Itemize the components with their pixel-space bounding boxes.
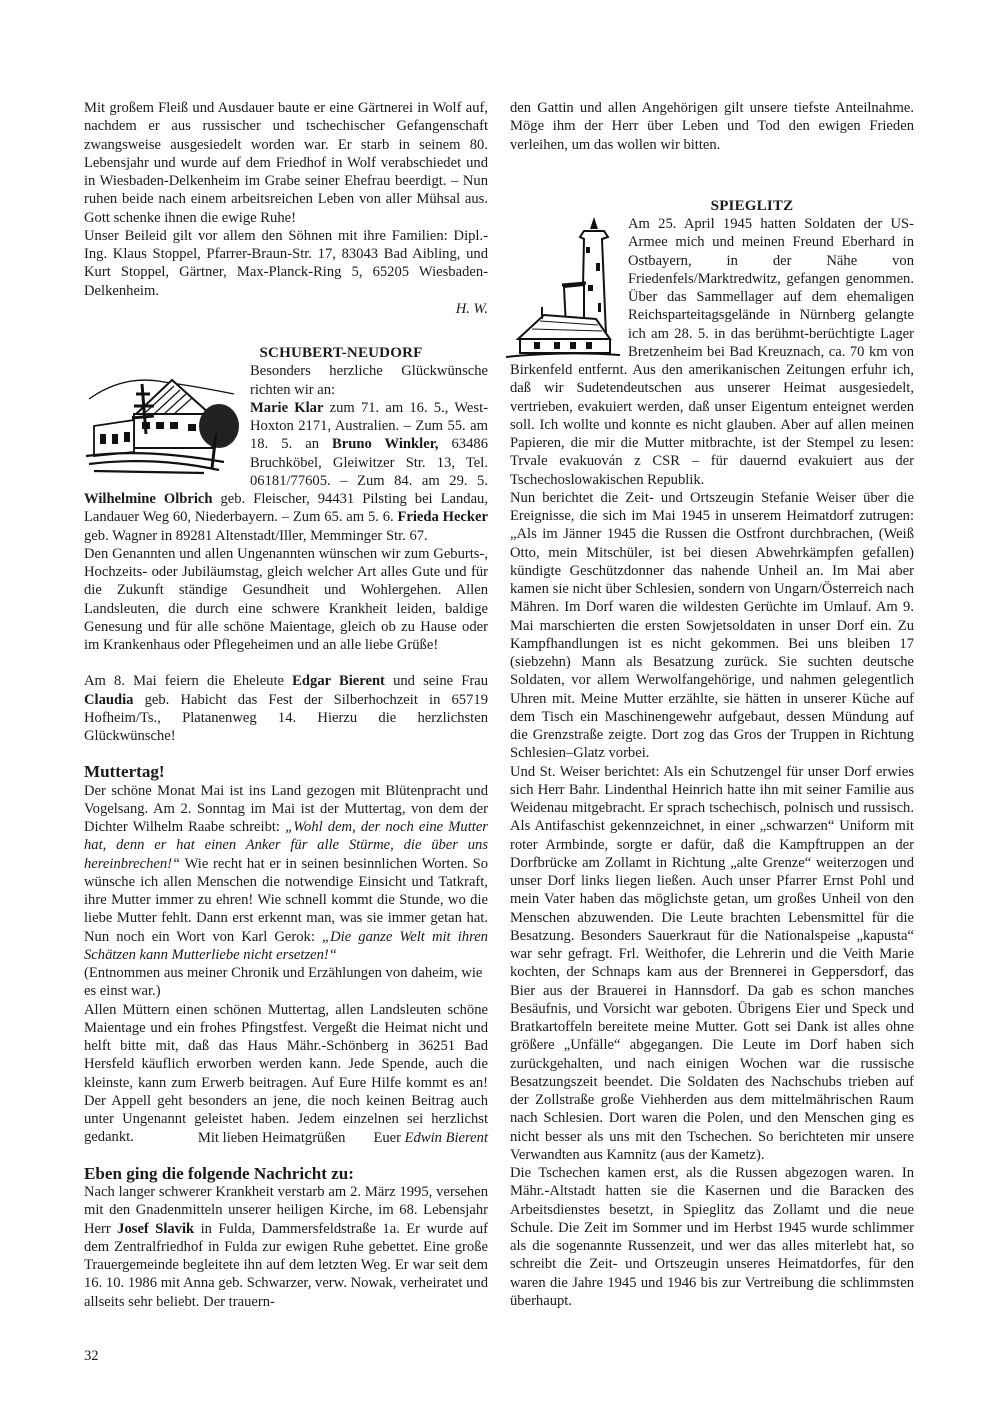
heading-nachricht: Eben ging die folgende Nachricht zu: xyxy=(84,1165,488,1183)
muttertag-source: (Entnommen aus meiner Chronik und Erzähl… xyxy=(84,964,488,1001)
left-column: Mit großem Fleiß und Ausdauer baute er e… xyxy=(84,99,488,1311)
spieglitz-paragraph-4: Die Tschechen kamen erst, als die Russen… xyxy=(510,1164,914,1310)
obituary-slavik: Nach langer schwerer Krankheit verstarb … xyxy=(84,1183,488,1311)
condolence-signature: H. W. xyxy=(456,300,488,318)
anniversary-paragraph: Am 8. Mai feiern die Eheleute Edgar Bier… xyxy=(84,672,488,745)
muttertag-signature-row: x Mit lieben HeimatgrüßenEuer Edwin Bier… xyxy=(84,1129,488,1147)
spieglitz-paragraph-3: Und St. Weiser berichtet: Als ein Schutz… xyxy=(510,763,914,1165)
person-name: Edgar Bierent xyxy=(292,673,385,689)
person-name: Claudia xyxy=(84,692,133,708)
person-name: Josef Slavik xyxy=(117,1221,194,1237)
condolence-paragraph: Unser Beileid gilt vor allem den Söhnen … xyxy=(84,227,488,300)
section-title-schubert-neudorf: SCHUBERT-NEUDORF xyxy=(84,344,488,362)
person-name: Frieda Hecker xyxy=(397,509,488,525)
obituary-intro: Mit großem Fleiß und Ausdauer baute er e… xyxy=(84,99,488,227)
author-signature: Edwin Bierent xyxy=(405,1130,488,1146)
person-name: Marie Klar xyxy=(250,400,323,416)
person-name: Wilhelmine Olbrich xyxy=(84,491,213,507)
page-number: 32 xyxy=(84,1348,99,1365)
right-column: den Gattin und allen Angehörigen gilt un… xyxy=(510,99,914,1310)
obituary-continuation: den Gattin und allen Angehörigen gilt un… xyxy=(510,99,914,154)
heading-muttertag: Muttertag! xyxy=(84,763,488,781)
condolence-signature-row: H. W. xyxy=(84,300,488,318)
person-name: Bruno Winkler, xyxy=(332,436,438,452)
schubert-wishes: Den Genannten und allen Ungenannten wüns… xyxy=(84,545,488,655)
farmhouse-illustration xyxy=(84,364,244,476)
tower-illustration xyxy=(504,215,622,361)
spieglitz-paragraph-2: Nun berichtet die Zeit- und Ortszeugin S… xyxy=(510,489,914,763)
muttertag-paragraph: Der schöne Monat Mai ist ins Land gezoge… xyxy=(84,782,488,965)
muttertag-closing: Allen Müttern einen schönen Muttertag, a… xyxy=(84,1001,488,1147)
section-title-spieglitz: SPIEGLITZ xyxy=(510,197,914,215)
